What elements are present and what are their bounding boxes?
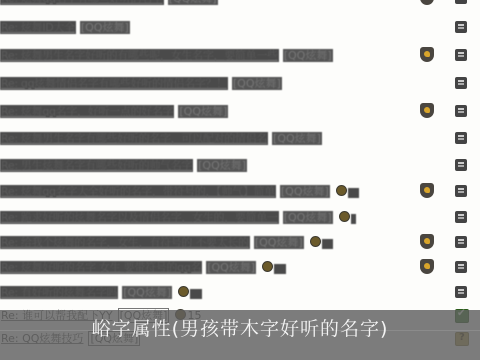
- thread-status-icon: [455, 105, 467, 117]
- category-tag-link[interactable]: [QQ炫舞]: [254, 236, 304, 249]
- category-tag-link[interactable]: [QQ炫舞]: [272, 132, 322, 145]
- thread-title-link[interactable]: Re: 炫舞qq名字大全好听的名字，带符号的，【帅气】简单: [0, 185, 276, 198]
- thread-title-link[interactable]: Re: 炫舞男生名字好听的有哪些呢，女生名字，要简单一些: [0, 49, 279, 62]
- thread-row[interactable]: Re: 炫舞qq名字有哪些好听的名字[QQ炫舞]: [0, 0, 480, 10]
- thread-title-link[interactable]: Re: 炫舞好听的名字 女生 要带符号的qq名: [0, 261, 202, 274]
- category-tag-link[interactable]: [QQ炫舞]: [206, 261, 256, 274]
- gold-medal-icon: [420, 183, 434, 198]
- thread-title-link[interactable]: Re: qq炫舞情侣名字有哪些好听的情侣名字？！: [0, 77, 228, 90]
- coin-icon: [336, 185, 347, 196]
- thread-title-link[interactable]: Re: 有好听的炫舞名字吗: [0, 286, 118, 299]
- gold-medal-icon: [420, 103, 434, 118]
- thread-title-link[interactable]: Re: 炫舞ID大全: [0, 21, 76, 34]
- thread-title-link[interactable]: Re: 跪求好听的炫舞名字以及情侣名字，女生的，要简单一: [0, 211, 279, 224]
- thread-title-line: Re: 炫舞男生名字有哪些好听的名字，可以配对的情侣名[QQ炫舞]: [0, 132, 322, 146]
- thread-row[interactable]: Re: 给我个炫舞的名字，女生，有符号的 不要太长的[QQ炫舞]15: [0, 232, 480, 254]
- reward-coins: 5: [351, 214, 357, 224]
- thread-status-icon: [455, 261, 467, 273]
- category-tag-link[interactable]: [QQ炫舞]: [80, 21, 130, 34]
- thread-title-line: Re: 给我个炫舞的名字，女生，有符号的 不要太长的[QQ炫舞]15: [0, 236, 333, 251]
- thread-title-link[interactable]: Re: 炫舞qq名字有哪些好听的名字: [0, 0, 164, 5]
- gold-medal-icon: [420, 47, 434, 62]
- coin-icon: [262, 261, 273, 272]
- thread-row[interactable]: Re: 炫舞男生名字有哪些好听的名字，可以配对的情侣名[QQ炫舞]: [0, 128, 480, 150]
- thread-title-line: Re: 炫舞好听的名字 女生 要带符号的qq名[QQ炫舞]30: [0, 261, 286, 276]
- thread-status-icon: [455, 236, 467, 248]
- thread-row[interactable]: Re: 有好听的炫舞名字吗[QQ炫舞]20: [0, 282, 480, 304]
- reward-coins: 15: [322, 239, 333, 249]
- thread-title-line: Re: 炫舞ID大全[QQ炫舞]: [0, 21, 130, 35]
- thread-status-icon: [455, 0, 467, 4]
- gold-medal-icon: [420, 259, 434, 274]
- category-tag-link[interactable]: [QQ炫舞]: [178, 105, 228, 118]
- category-tag-link[interactable]: [QQ炫舞]: [283, 211, 333, 224]
- category-tag-link[interactable]: [QQ炫舞]: [197, 159, 247, 172]
- thread-title-link[interactable]: Re: 炫舞男生名字有哪些好听的名字，可以配对的情侣名: [0, 132, 268, 145]
- category-tag-link[interactable]: [QQ炫舞]: [122, 286, 172, 299]
- thread-row[interactable]: Re: 炫舞好听的名字 女生 要带符号的qq名[QQ炫舞]30: [0, 257, 480, 279]
- thread-title-line: Re: 炫舞qq名字大全好听的名字，带符号的，【帅气】简单[QQ炫舞]30: [0, 185, 359, 200]
- coin-icon: [178, 286, 189, 297]
- thread-title-link[interactable]: Re: 男生炫舞名字有哪些好听的帅气名字: [0, 159, 193, 172]
- coin-icon: [339, 211, 350, 222]
- thread-status-icon: [455, 49, 467, 61]
- gold-medal-icon: [420, 234, 434, 249]
- thread-title-line: Re: 炫舞男生名字好听的有哪些呢，女生名字，要简单一些[QQ炫舞]: [0, 49, 333, 63]
- reward-coins: 30: [274, 264, 285, 274]
- thread-status-icon: [455, 211, 467, 223]
- thread-title-line: Re: qq炫舞情侣名字有哪些好听的情侣名字？！[QQ炫舞]: [0, 77, 282, 91]
- coin-icon: [310, 236, 321, 247]
- thread-row[interactable]: Re: 炫舞qq名字大全好听的名字，带符号的，【帅气】简单[QQ炫舞]30: [0, 181, 480, 203]
- thread-title-line: Re: 炫舞qq名字有哪些好听的名字[QQ炫舞]: [0, 0, 218, 6]
- thread-status-icon: [455, 159, 467, 171]
- thread-row[interactable]: Re: qq炫舞情侣名字有哪些好听的情侣名字？！[QQ炫舞]: [0, 73, 480, 95]
- thread-status-icon: [455, 185, 467, 197]
- thread-status-icon: [455, 77, 467, 89]
- thread-row[interactable]: Re: 炫舞qq名字，好听一点的好名字[QQ炫舞]: [0, 101, 480, 123]
- thread-status-icon: [455, 286, 467, 298]
- category-tag-link[interactable]: [QQ炫舞]: [280, 185, 330, 198]
- caption-text: 峪字属性(男孩带木字好听的名字): [0, 316, 480, 342]
- thread-status-icon: [455, 21, 467, 33]
- thread-title-line: Re: 男生炫舞名字有哪些好听的帅气名字[QQ炫舞]: [0, 159, 247, 173]
- reward-coins: 20: [190, 289, 201, 299]
- thread-status-icon: [455, 132, 467, 144]
- thread-title-line: Re: 炫舞qq名字，好听一点的好名字[QQ炫舞]: [0, 105, 228, 119]
- thread-title-link[interactable]: Re: 炫舞qq名字，好听一点的好名字: [0, 105, 174, 118]
- category-tag-link[interactable]: [QQ炫舞]: [168, 0, 218, 5]
- thread-row[interactable]: Re: 跪求好听的炫舞名字以及情侣名字，女生的，要简单一[QQ炫舞]5: [0, 207, 480, 229]
- thread-title-link[interactable]: Re: 给我个炫舞的名字，女生，有符号的 不要太长的: [0, 236, 250, 249]
- thread-row[interactable]: Re: 炫舞男生名字好听的有哪些呢，女生名字，要简单一些[QQ炫舞]: [0, 45, 480, 67]
- gold-medal-icon: [420, 0, 434, 5]
- category-tag-link[interactable]: [QQ炫舞]: [232, 77, 282, 90]
- thread-title-line: Re: 有好听的炫舞名字吗[QQ炫舞]20: [0, 286, 202, 301]
- thread-row[interactable]: Re: 炫舞ID大全[QQ炫舞]: [0, 17, 480, 39]
- thread-title-line: Re: 跪求好听的炫舞名字以及情侣名字，女生的，要简单一[QQ炫舞]5: [0, 211, 356, 226]
- category-tag-link[interactable]: [QQ炫舞]: [283, 49, 333, 62]
- reward-coins: 30: [348, 188, 359, 198]
- thread-row[interactable]: Re: 男生炫舞名字有哪些好听的帅气名字[QQ炫舞]: [0, 155, 480, 177]
